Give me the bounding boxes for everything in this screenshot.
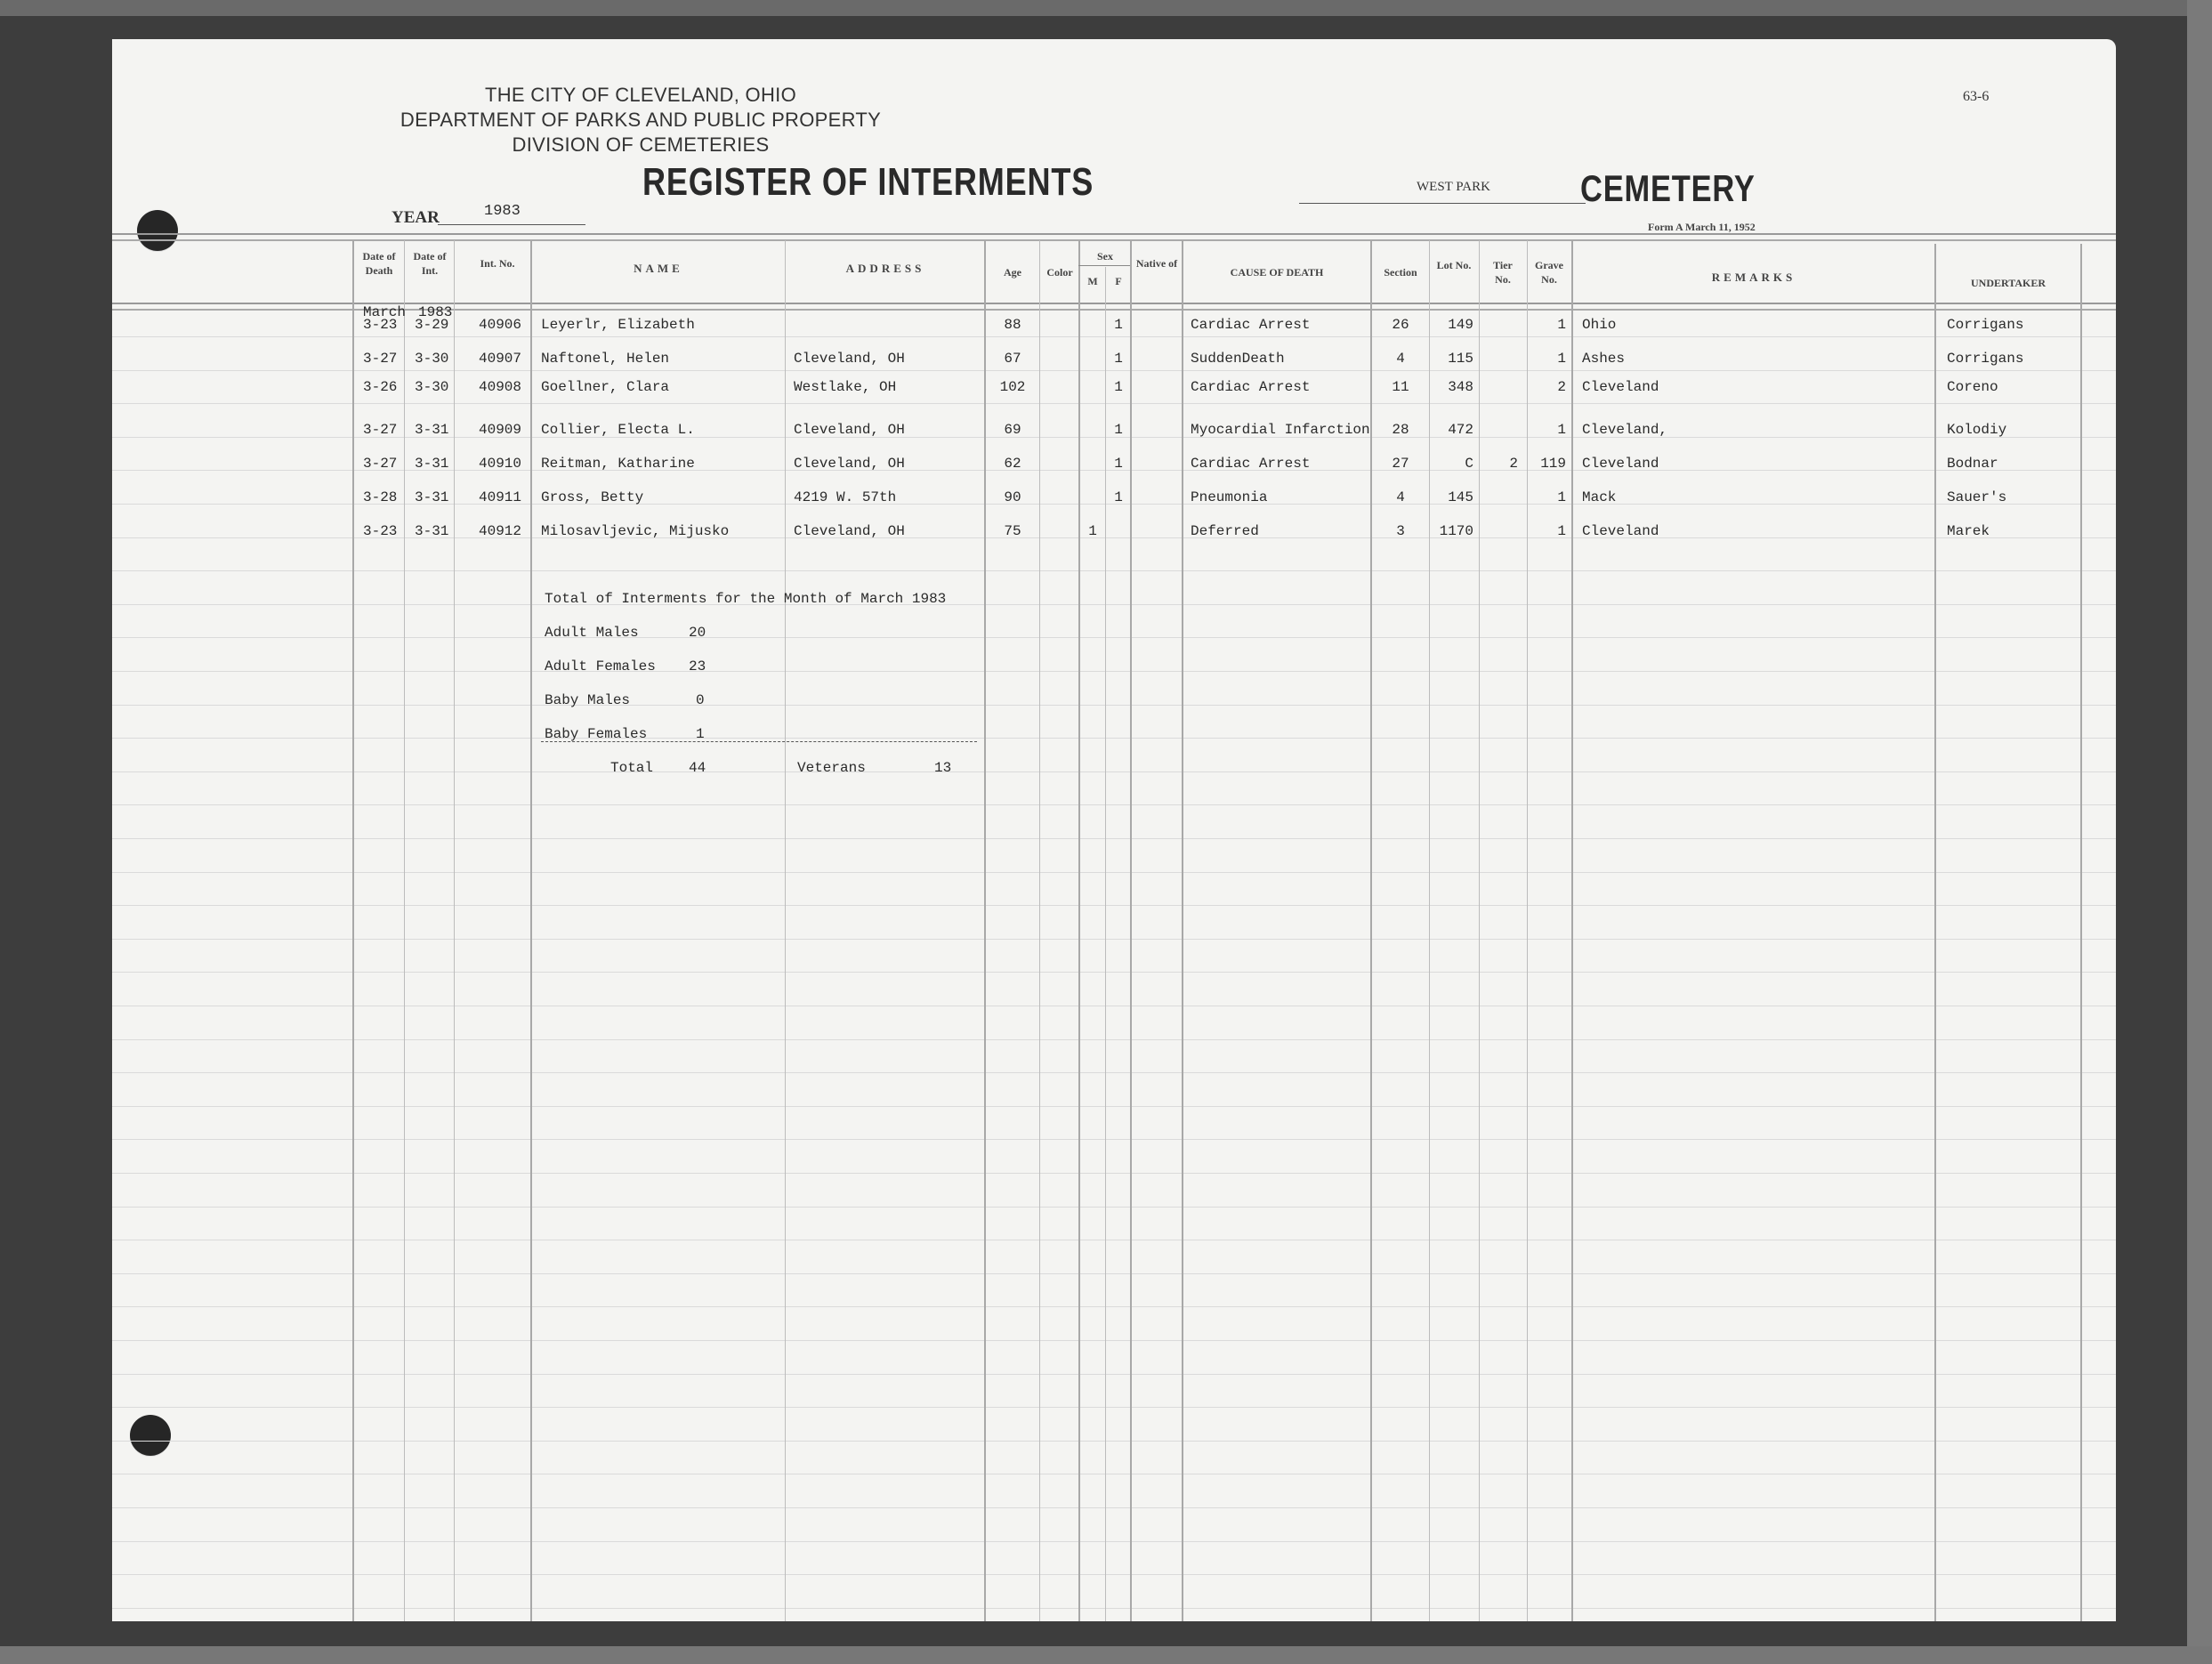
cell-address: Cleveland, OH — [794, 422, 905, 438]
cell-age: 69 — [986, 422, 1039, 438]
cell-section: 27 — [1372, 456, 1429, 472]
cell-date-of-int: 3-30 — [415, 379, 448, 395]
cell-date-of-death: 3-23 — [363, 523, 397, 539]
cell-lot-no: 472 — [1431, 422, 1473, 438]
cell-address: 4219 W. 57th — [794, 489, 896, 505]
col-divider — [2080, 244, 2082, 1621]
cell-int-number: 40910 — [479, 456, 521, 472]
col-divider — [1527, 240, 1528, 1621]
ruled-line — [112, 1541, 2116, 1542]
cell-int-number: 40906 — [479, 317, 521, 333]
header-rule-bottom — [112, 303, 2116, 311]
cell-address: Cleveland, OH — [794, 351, 905, 367]
cell-date-of-death: 3-27 — [363, 351, 397, 367]
cell-age: 102 — [986, 379, 1039, 395]
cemetery-underline — [1299, 203, 1586, 204]
colhead-date-of-int: Date of Int. — [406, 249, 454, 278]
cell-section: 4 — [1372, 351, 1429, 367]
cell-remarks: Ashes — [1582, 351, 1625, 367]
cell-address: Cleveland, OH — [794, 456, 905, 472]
colhead-sex-f: F — [1107, 274, 1130, 288]
col-divider — [785, 240, 786, 1621]
cell-cause-of-death: Pneumonia — [1191, 489, 1267, 505]
col-divider — [984, 240, 986, 1621]
page-code: 63-6 — [1963, 89, 1989, 105]
cell-age: 90 — [986, 489, 1039, 505]
cell-section: 4 — [1372, 489, 1429, 505]
cell-address: Cleveland, OH — [794, 523, 905, 539]
cell-cause-of-death: Myocardial Infarction — [1191, 422, 1370, 438]
colhead-section: Section — [1372, 265, 1429, 279]
cell-cause-of-death: Cardiac Arrest — [1191, 456, 1310, 472]
cell-cause-of-death: Deferred — [1191, 523, 1259, 539]
ruled-line — [112, 1072, 2116, 1073]
cell-lot-no: 1170 — [1431, 523, 1473, 539]
baby-males-label: Baby Males — [545, 692, 630, 708]
cell-date-of-int: 3-31 — [415, 456, 448, 472]
colhead-lot-no: Lot No. — [1436, 258, 1472, 272]
page-title: REGISTER OF INTERMENTS — [642, 160, 1094, 205]
veterans-count: 13 — [934, 760, 951, 776]
cell-remarks: Cleveland, — [1582, 422, 1667, 438]
cell-undertaker: Coreno — [1947, 379, 1998, 395]
colhead-color: Color — [1041, 265, 1078, 279]
cell-undertaker: Marek — [1947, 523, 1990, 539]
cell-decedent-name: Collier, Electa L. — [541, 422, 695, 438]
col-divider — [1039, 240, 1040, 1621]
cell-undertaker: Sauer's — [1947, 489, 2006, 505]
adult-males-count: 20 — [689, 625, 706, 641]
cell-address: Westlake, OH — [794, 379, 896, 395]
cell-sex-f: 1 — [1107, 456, 1130, 472]
ruled-line — [112, 905, 2116, 906]
ruled-line — [112, 972, 2116, 973]
scan-background-top — [0, 0, 2212, 16]
cell-date-of-int: 3-31 — [415, 422, 448, 438]
cell-int-number: 40907 — [479, 351, 521, 367]
year-underline — [438, 224, 585, 225]
col-divider — [1130, 240, 1132, 1621]
cell-date-of-int: 3-31 — [415, 523, 448, 539]
ruled-line — [112, 570, 2116, 571]
cell-decedent-name: Gross, Betty — [541, 489, 643, 505]
cell-grave-no: 1 — [1529, 523, 1566, 539]
colhead-int-no: Int. No. — [475, 256, 520, 271]
cell-date-of-int: 3-29 — [415, 317, 448, 333]
ruled-line — [112, 838, 2116, 839]
ruled-line — [112, 1207, 2116, 1208]
cell-grave-no: 119 — [1529, 456, 1566, 472]
cell-grave-no: 1 — [1529, 422, 1566, 438]
cell-decedent-name: Milosavljevic, Mijusko — [541, 523, 729, 539]
ruled-line — [112, 1474, 2116, 1474]
colhead-cause-of-death: CAUSE OF DEATH — [1183, 265, 1370, 279]
ruled-line — [112, 705, 2116, 706]
col-divider — [1078, 240, 1080, 1621]
cell-sex-f: 1 — [1107, 351, 1130, 367]
ruled-line — [112, 671, 2116, 672]
cell-section: 11 — [1372, 379, 1429, 395]
cell-remarks: Cleveland — [1582, 523, 1659, 539]
cell-date-of-int: 3-30 — [415, 351, 448, 367]
ruled-line — [112, 336, 2116, 337]
colhead-undertaker: UNDERTAKER — [1936, 276, 2080, 290]
ruled-line — [112, 1374, 2116, 1375]
colhead-date-of-death: Date of Death — [354, 249, 404, 278]
cell-undertaker: Corrigans — [1947, 351, 2023, 367]
cemetery-name: WEST PARK — [1417, 180, 1490, 195]
cell-grave-no: 1 — [1529, 317, 1566, 333]
cell-grave-no: 1 — [1529, 351, 1566, 367]
cell-decedent-name: Naftonel, Helen — [541, 351, 669, 367]
ruled-line — [112, 1507, 2116, 1508]
ruled-line — [112, 1039, 2116, 1040]
cell-sex-f: 1 — [1107, 422, 1130, 438]
ruled-line — [112, 537, 2116, 538]
ruled-line — [112, 604, 2116, 605]
ruled-line — [112, 939, 2116, 940]
totals-rule — [541, 741, 977, 742]
cell-remarks: Mack — [1582, 489, 1616, 505]
cell-undertaker: Kolodiy — [1947, 422, 2006, 438]
ruled-line — [112, 1407, 2116, 1408]
cell-date-of-death: 3-27 — [363, 456, 397, 472]
colhead-sex-m: M — [1080, 274, 1105, 288]
ruled-line — [112, 1273, 2116, 1274]
cell-date-of-death: 3-27 — [363, 422, 397, 438]
cell-decedent-name: Reitman, Katharine — [541, 456, 695, 472]
total-label: Total — [610, 760, 653, 776]
cell-grave-no: 1 — [1529, 489, 1566, 505]
cell-lot-no: 348 — [1431, 379, 1473, 395]
ruled-line — [112, 1139, 2116, 1140]
cell-section: 3 — [1372, 523, 1429, 539]
cell-date-of-death: 3-26 — [363, 379, 397, 395]
col-divider — [1105, 267, 1106, 1621]
cell-sex-f: 1 — [1107, 489, 1130, 505]
cell-section: 26 — [1372, 317, 1429, 333]
cell-sex-f: 1 — [1107, 317, 1130, 333]
colhead-sex: Sex — [1080, 249, 1130, 263]
col-divider — [1370, 240, 1372, 1621]
cell-section: 28 — [1372, 422, 1429, 438]
cell-lot-no: 115 — [1431, 351, 1473, 367]
binder-hole-bottom-icon — [130, 1415, 171, 1456]
adult-females-count: 23 — [689, 658, 706, 674]
cell-lot-no: 145 — [1431, 489, 1473, 505]
binder-hole-top-icon — [137, 210, 178, 251]
cell-undertaker: Bodnar — [1947, 456, 1998, 472]
col-divider — [454, 240, 455, 1621]
colhead-name: NAME — [532, 262, 785, 276]
cell-remarks: Ohio — [1582, 317, 1616, 333]
colhead-age: Age — [986, 265, 1039, 279]
ruled-line — [112, 1340, 2116, 1341]
cell-date-of-death: 3-28 — [363, 489, 397, 505]
ruled-line — [112, 370, 2116, 371]
header-division: DIVISION OF CEMETERIES — [392, 133, 890, 157]
cell-decedent-name: Goellner, Clara — [541, 379, 669, 395]
cell-sex-f: 1 — [1107, 379, 1130, 395]
cell-decedent-name: Leyerlr, Elizabeth — [541, 317, 695, 333]
ruled-line — [112, 1608, 2116, 1609]
ruled-line — [112, 1173, 2116, 1174]
cell-age: 75 — [986, 523, 1039, 539]
colhead-native-of: Native of — [1135, 256, 1178, 271]
cell-int-number: 40911 — [479, 489, 521, 505]
ruled-line — [112, 771, 2116, 772]
total-count: 44 — [689, 760, 706, 776]
year-label: YEAR — [392, 208, 440, 228]
ruled-line — [112, 1306, 2116, 1307]
scan-background-bottom — [0, 1646, 2212, 1664]
cell-age: 88 — [986, 317, 1039, 333]
veterans-label: Veterans — [797, 760, 866, 776]
col-divider — [530, 240, 532, 1621]
cell-int-number: 40909 — [479, 422, 521, 438]
baby-females-label: Baby Females — [545, 726, 647, 742]
header-rule-top — [112, 233, 2116, 241]
col-divider — [404, 240, 405, 1621]
col-divider — [352, 240, 354, 1621]
year-value: 1983 — [484, 203, 521, 220]
cell-date-of-int: 3-31 — [415, 489, 448, 505]
cell-cause-of-death: Cardiac Arrest — [1191, 379, 1310, 395]
ruled-line — [112, 637, 2116, 638]
ruled-line — [112, 1574, 2116, 1575]
header-department: DEPARTMENT OF PARKS AND PUBLIC PROPERTY — [392, 109, 890, 132]
cell-age: 62 — [986, 456, 1039, 472]
ruled-line — [112, 738, 2116, 739]
cell-sex-m: 1 — [1080, 523, 1105, 539]
ruled-line — [112, 872, 2116, 873]
ruled-line — [112, 804, 2116, 805]
baby-males-count: 0 — [696, 692, 705, 708]
cell-remarks: Cleveland — [1582, 456, 1659, 472]
col-divider — [1934, 244, 1936, 1621]
ruled-line — [112, 1106, 2116, 1107]
col-divider — [1429, 240, 1430, 1621]
cell-tier-no: 2 — [1481, 456, 1518, 472]
baby-females-count: 1 — [696, 726, 705, 742]
colhead-remarks: REMARKS — [1573, 271, 1934, 285]
totals-heading: Total of Interments for the Month of Mar… — [545, 591, 946, 607]
ruled-line — [112, 1240, 2116, 1240]
cemetery-label: CEMETERY — [1580, 167, 1756, 210]
cell-int-number: 40912 — [479, 523, 521, 539]
adult-males-label: Adult Males — [545, 625, 639, 641]
ruled-line — [112, 1441, 2116, 1442]
cell-cause-of-death: SuddenDeath — [1191, 351, 1285, 367]
cell-lot-no: 149 — [1431, 317, 1473, 333]
colhead-address: ADDRESS — [787, 262, 984, 276]
cell-date-of-death: 3-23 — [363, 317, 397, 333]
ruled-line — [112, 403, 2116, 404]
form-identifier: Form A March 11, 1952 — [1648, 221, 1756, 234]
cell-cause-of-death: Cardiac Arrest — [1191, 317, 1310, 333]
ruled-line — [112, 1006, 2116, 1006]
scan-background-right — [2187, 0, 2212, 1664]
cell-remarks: Cleveland — [1582, 379, 1659, 395]
cell-lot-no: C — [1431, 456, 1473, 472]
cell-undertaker: Corrigans — [1947, 317, 2023, 333]
col-divider — [1182, 240, 1183, 1621]
colhead-tier-no: Tier No. — [1484, 258, 1522, 287]
col-divider — [1571, 240, 1573, 1621]
colhead-grave-no: Grave No. — [1529, 258, 1570, 287]
cell-grave-no: 2 — [1529, 379, 1566, 395]
col-divider — [1479, 240, 1480, 1621]
cell-age: 67 — [986, 351, 1039, 367]
header-city: THE CITY OF CLEVELAND, OHIO — [392, 84, 890, 107]
sex-divider — [1078, 265, 1130, 266]
cell-int-number: 40908 — [479, 379, 521, 395]
adult-females-label: Adult Females — [545, 658, 656, 674]
